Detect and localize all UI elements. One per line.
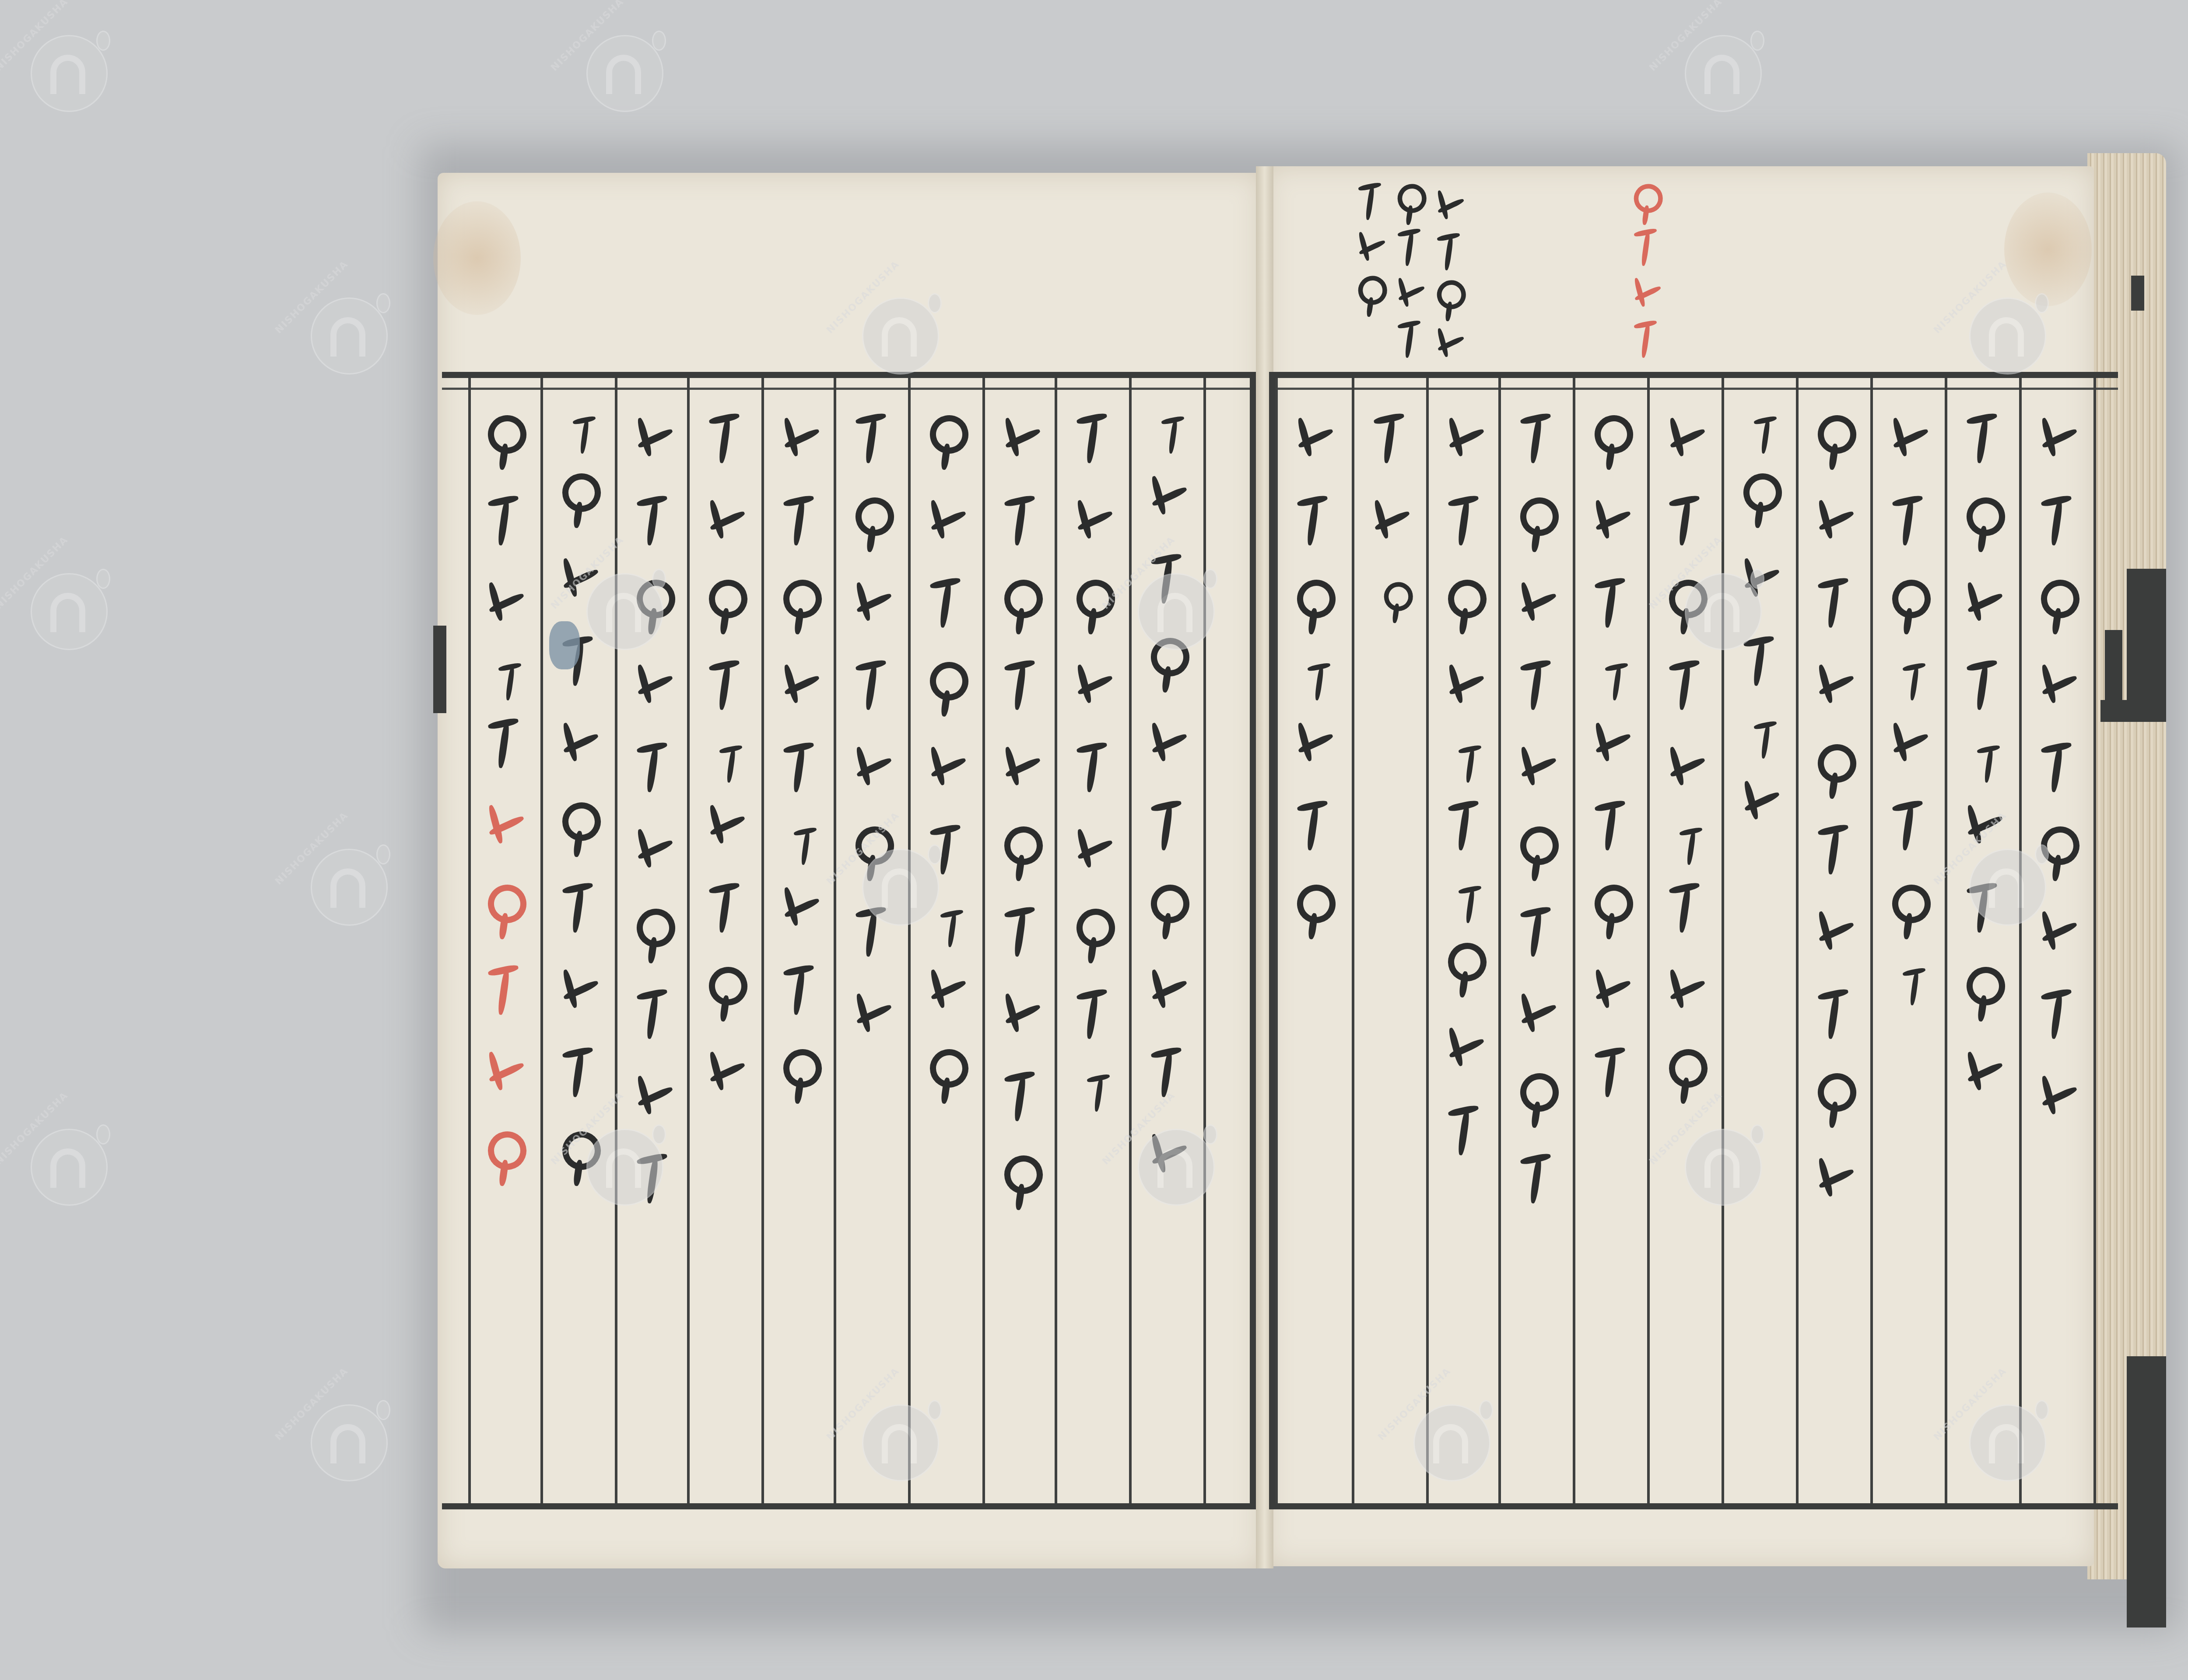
- left-page-frame: [442, 372, 1256, 1509]
- nishogakusha-watermark-icon: NISHOGAKUSHA: [18, 17, 118, 118]
- text-column: [2032, 404, 2080, 1477]
- edge-ink-block: [2127, 1356, 2166, 1627]
- column-rule: [1498, 378, 1501, 1503]
- text-column: [1511, 404, 1560, 1477]
- column-rule: [1647, 378, 1650, 1503]
- nishogakusha-watermark-icon: NISHOGAKUSHA: [573, 17, 674, 118]
- text-column: [1288, 404, 1336, 1477]
- column-rule: [1573, 378, 1575, 1503]
- column-rule: [982, 378, 985, 1503]
- nishogakusha-watermark-icon: NISHOGAKUSHA: [849, 280, 950, 381]
- right-page-frame: [1269, 372, 2118, 1509]
- text-column: [1068, 404, 1116, 1477]
- column-rule: [1352, 378, 1354, 1503]
- paper-stain: [433, 201, 521, 315]
- column-rule: [1796, 378, 1799, 1503]
- column-rule: [761, 378, 764, 1503]
- nishogakusha-watermark-icon: NISHOGAKUSHA: [298, 831, 398, 932]
- text-column: [996, 404, 1044, 1477]
- nishogakusha-watermark-icon: NISHOGAKUSHA: [1125, 1111, 1225, 1212]
- text-column: [921, 404, 969, 1477]
- text-column: [1365, 404, 1413, 1477]
- text-column: [1439, 404, 1487, 1477]
- nishogakusha-watermark-icon: NISHOGAKUSHA: [1125, 556, 1225, 656]
- nishogakusha-watermark-icon: NISHOGAKUSHA: [573, 1111, 674, 1212]
- nishogakusha-watermark-icon: NISHOGAKUSHA: [18, 1111, 118, 1212]
- edge-ink-mark: [2131, 276, 2144, 311]
- text-column: [1809, 404, 1857, 1477]
- column-rule: [1203, 378, 1206, 1503]
- text-column: [1958, 404, 2006, 1477]
- nishogakusha-watermark-icon: NISHOGAKUSHA: [1672, 556, 1772, 656]
- edge-ink-block: [2127, 569, 2166, 709]
- nishogakusha-watermark-icon: NISHOGAKUSHA: [298, 1387, 398, 1487]
- column-rule: [687, 378, 690, 1503]
- column-rule: [1055, 378, 1057, 1503]
- nishogakusha-watermark-icon: NISHOGAKUSHA: [849, 1387, 950, 1487]
- red-margin-notes: [1623, 171, 1654, 367]
- nishogakusha-watermark-icon: NISHOGAKUSHA: [1956, 831, 2057, 932]
- column-rule: [2093, 378, 2096, 1503]
- column-rule: [2019, 378, 2022, 1503]
- margin-notes: [1427, 175, 1457, 372]
- text-column: [775, 404, 823, 1477]
- column-rule: [1426, 378, 1429, 1503]
- text-column: [700, 404, 748, 1477]
- column-rule: [1945, 378, 1947, 1503]
- nishogakusha-watermark-icon: NISHOGAKUSHA: [1672, 17, 1772, 118]
- nishogakusha-watermark-icon: NISHOGAKUSHA: [1956, 280, 2057, 381]
- margin-notes: [1348, 171, 1378, 367]
- nishogakusha-watermark-icon: NISHOGAKUSHA: [18, 556, 118, 656]
- column-rule: [1275, 378, 1278, 1503]
- column-rule: [1870, 378, 1873, 1503]
- column-rule: [1722, 378, 1724, 1503]
- column-rule: [834, 378, 836, 1503]
- nishogakusha-watermark-icon: NISHOGAKUSHA: [1956, 1387, 2057, 1487]
- margin-notes: [1387, 171, 1418, 367]
- nishogakusha-watermark-icon: NISHOGAKUSHA: [573, 556, 674, 656]
- nishogakusha-watermark-icon: NISHOGAKUSHA: [1672, 1111, 1772, 1212]
- nishogakusha-watermark-icon: NISHOGAKUSHA: [1400, 1387, 1501, 1487]
- column-rule: [468, 378, 471, 1503]
- text-column: [1586, 404, 1634, 1477]
- column-rule: [540, 378, 543, 1503]
- nishogakusha-watermark-icon: NISHOGAKUSHA: [298, 280, 398, 381]
- text-column: [847, 404, 895, 1477]
- column-rule: [1129, 378, 1132, 1503]
- text-column: [479, 404, 527, 1477]
- text-column: [1883, 404, 1932, 1477]
- column-rule: [908, 378, 911, 1503]
- nishogakusha-watermark-icon: NISHOGAKUSHA: [849, 831, 950, 932]
